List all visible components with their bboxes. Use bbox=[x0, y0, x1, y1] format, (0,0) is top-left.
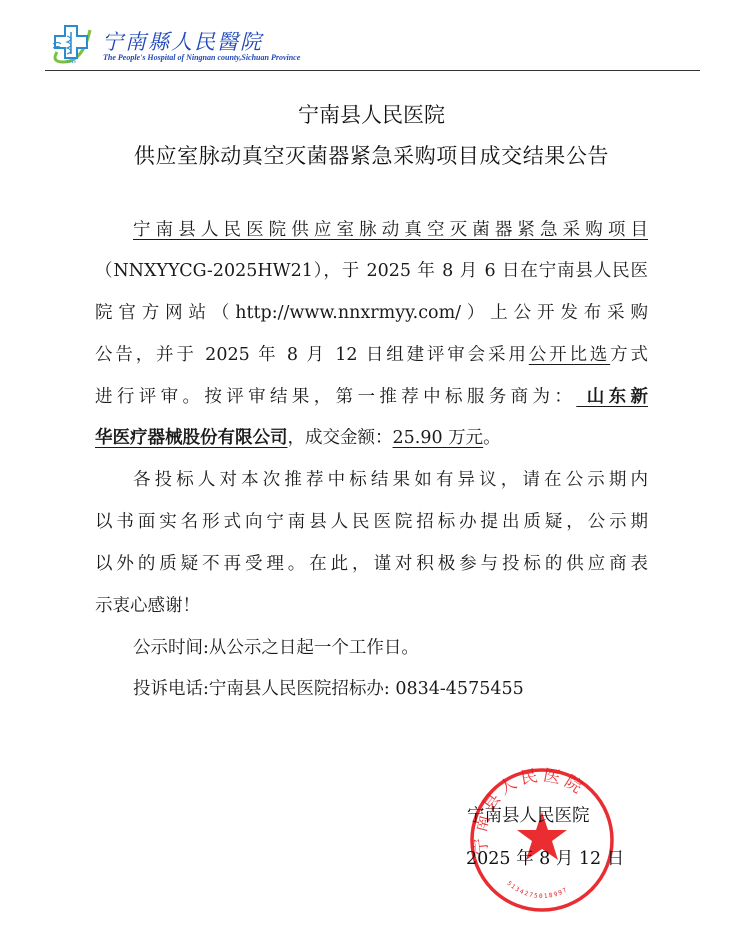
procurement-method: 公开比选 bbox=[529, 345, 610, 365]
complaint-phone: 投诉电话:宁南县人民医院招标办: 0834-4575455 bbox=[133, 677, 524, 701]
signature-org: 宁南县人民医院 bbox=[467, 802, 590, 827]
para2-line4: 示衷心感谢！ bbox=[95, 594, 200, 618]
para1-line3: 院官方网站（http://www.nnxrmyy.com/）上公开发布采购 bbox=[95, 301, 648, 325]
vendor-name-part1: 山东新 bbox=[576, 387, 648, 407]
award-amount: 25.90 万元 bbox=[393, 428, 484, 448]
signature-date: 2025 年 8 月 12 日 bbox=[466, 845, 624, 870]
project-name: 宁南县人民医院供应室脉动真空灭菌器紧急采购项目 bbox=[133, 220, 648, 240]
notice-period: 公示时间:从公示之日起一个工作日。 bbox=[133, 636, 419, 660]
svg-text:5134275018997: 5134275018997 bbox=[505, 880, 569, 900]
para1-line1: 宁南县人民医院供应室脉动真空灭菌器紧急采购项目 bbox=[133, 218, 648, 242]
para2-line1: 各投标人对本次推荐中标结果如有异议，请在公示期内 bbox=[133, 468, 648, 492]
official-seal-icon: 宁南县人民医院 5134275018997 bbox=[468, 766, 616, 914]
para1-line4: 公告，并于 2025 年 8 月 12 日组建评审会采用公开比选方式 bbox=[95, 343, 648, 367]
hospital-logo-icon: 1940 bbox=[49, 22, 93, 64]
svg-text:1940: 1940 bbox=[66, 59, 77, 64]
para1-line2: （NNXYYCG-2025HW21），于 2025 年 8 月 6 日在宁南县人… bbox=[95, 259, 648, 283]
para2-line3: 以外的质疑不再受理。在此，谨对积极参与投标的供应商表 bbox=[95, 552, 648, 576]
para1-line6: 华医疗器械股份有限公司，成交金额：25.90 万元。 bbox=[95, 426, 501, 450]
para2-line2: 以书面实名形式向宁南县人民医院招标办提出质疑，公示期 bbox=[95, 510, 648, 534]
para1-line5: 进行评审。按评审结果，第一推荐中标服务商为： 山东新 bbox=[95, 385, 648, 409]
vendor-name-part2: 华医疗器械股份有限公司 bbox=[95, 428, 288, 448]
